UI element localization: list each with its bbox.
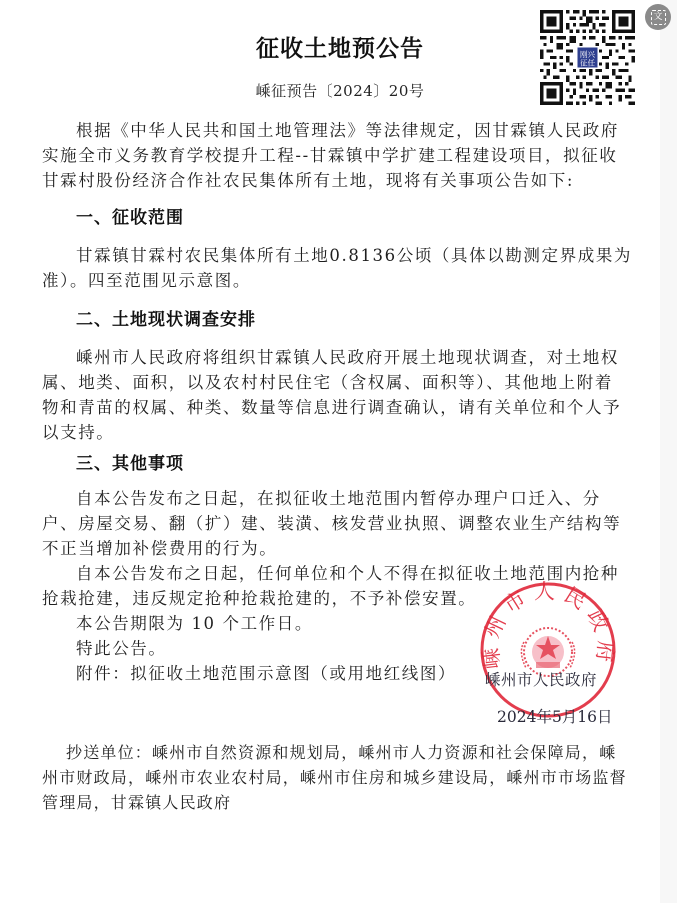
paragraph-line: 嵊州市人民政府将组织甘霖镇人民政府开展土地现状调查，对土地权: [42, 345, 622, 370]
section-survey-paragraph: 嵊州市人民政府将组织甘霖镇人民政府开展土地现状调查，对土地权 属、地类、面积，以…: [42, 345, 622, 445]
intro-line: 甘霖村股份经济合作社农民集体所有土地，现将有关事项公告如下:: [42, 168, 622, 193]
cc-line: 州市财政局，嵊州市农业农村局，嵊州市住房和城乡建设局，嵊州市市场监督: [42, 765, 627, 790]
translate-button[interactable]: 文: [645, 4, 671, 30]
cc-line: 管理局，甘霖镇人民政府: [42, 790, 627, 815]
paragraph-line: 属、地类、面积，以及农村村民住宅（含权属、面积等）、其他地上附着: [42, 370, 622, 395]
cc-recipients: 抄送单位：嵊州市自然资源和规划局，嵊州市人力资源和社会保障局，嵊 州市财政局，嵊…: [42, 740, 627, 815]
intro-line: 实施全市义务教育学校提升工程--甘霖镇中学扩建工程建设项目，拟征收: [42, 143, 622, 168]
intro-line: 根据《中华人民共和国土地管理法》等法律规定，因甘霖镇人民政府: [42, 118, 622, 143]
issuer-name: 嵊州市人民政府: [485, 668, 597, 690]
qr-center-label-bottom: 征任: [580, 58, 596, 68]
official-seal-icon: 嵊州市人民政府: [478, 580, 618, 720]
paragraph-line: 以支持。: [42, 420, 622, 445]
issue-date: 2024年5月16日: [497, 705, 613, 727]
page-edge-strip: [660, 0, 677, 903]
paragraph-line: 自本公告发布之日起，在拟征收土地范围内暂停办理户口迁入、分: [42, 486, 622, 511]
cc-line: 抄送单位：嵊州市自然资源和规划局，嵊州市人力资源和社会保障局，嵊: [42, 740, 627, 765]
intro-paragraph: 根据《中华人民共和国土地管理法》等法律规定，因甘霖镇人民政府 实施全市义务教育学…: [42, 118, 622, 193]
document-page: 征收土地预公告 嵊征预告〔2024〕20号: [0, 0, 660, 903]
paragraph-line: 甘霖镇甘霖村农民集体所有土地0.8136公顷（具体以勘测定界成果为: [42, 243, 622, 268]
qr-code-icon[interactable]: 刚兴 征任: [540, 10, 635, 105]
paragraph-line: 物和青苗的权属、种类、数量等信息进行调查确认，请有关单位和个人予: [42, 395, 622, 420]
translate-icon: 文: [651, 10, 666, 25]
section-heading-other: 三、其他事项: [76, 449, 184, 474]
paragraph-line: 准）。四至范围见示意图。: [42, 268, 622, 293]
section-scope-paragraph: 甘霖镇甘霖村农民集体所有土地0.8136公顷（具体以勘测定界成果为 准）。四至范…: [42, 243, 622, 293]
paragraph-line: 户、房屋交易、翻（扩）建、装潢、核发营业执照、调整农业生产结构等: [42, 511, 622, 536]
qr-center-label-top: 刚兴: [580, 49, 596, 59]
paragraph-line: 不正当增加补偿费用的行为。: [42, 536, 622, 561]
section-heading-scope: 一、征收范围: [76, 203, 184, 228]
section-heading-survey: 二、土地现状调查安排: [76, 305, 256, 330]
section-other-paragraph-1: 自本公告发布之日起，在拟征收土地范围内暂停办理户口迁入、分 户、房屋交易、翻（扩…: [42, 486, 622, 561]
